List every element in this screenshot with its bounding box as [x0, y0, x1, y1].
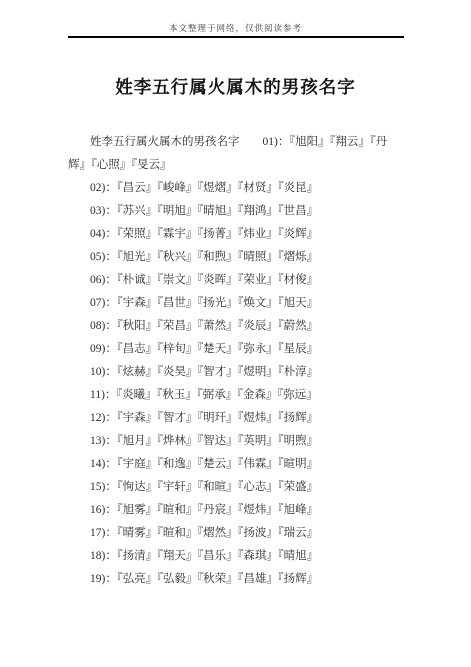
name-list-row-03: 03)：『苏兴』『明旭』『晴旭』『翔鸿』『世昌』	[68, 200, 408, 223]
name-list-row-02: 02)：『昌云』『峻峰』『煜熠』『材贤』『炎昆』	[68, 177, 408, 200]
name-list-row-10: 10)：『炫赫』『炎昊』『智才』『煜明』『朴淳』	[68, 361, 408, 384]
document-page: 本文整理于网络，仅供阅读参考 姓李五行属火属木的男孩名字 姓李五行属火属木的男孩…	[0, 0, 471, 667]
intro-paragraph-line-1: 姓李五行属火属木的男孩名字 01)：『旭阳』『翔云』『丹	[68, 131, 408, 154]
name-list-row-18: 18)：『扬清』『翔天』『昌乐』『森琪』『晴旭』	[68, 545, 408, 568]
intro-paragraph-line-2: 辉』『心照』『旻云』	[68, 154, 408, 177]
name-list-row-11: 11)：『炎曦』『秋玉』『弼承』『金森』『弥远』	[68, 384, 408, 407]
name-list-row-04: 04)：『荣照』『霖宇』『扬菁』『炜业』『炎辉』	[68, 223, 408, 246]
name-list-row-07: 07)：『宇森』『昌世』『扬光』『焕文』『旭天』	[68, 292, 408, 315]
name-list-row-06: 06)：『朴诚』『崇文』『炎晖』『荣业』『材俊』	[68, 269, 408, 292]
page-title: 姓李五行属火属木的男孩名字	[0, 74, 471, 99]
name-list-row-17: 17)：『晴雾』『暄和』『熠然』『扬波』『瑞云』	[68, 522, 408, 545]
name-list-content: 姓李五行属火属木的男孩名字 01)：『旭阳』『翔云』『丹 辉』『心照』『旻云』 …	[68, 131, 408, 591]
name-list-row-12: 12)：『宇森』『智才』『明玕』『煜炜』『扬辉』	[68, 407, 408, 430]
name-list-row-15: 15)：『恂达』『宇轩』『和暄』『心志』『荣盛』	[68, 476, 408, 499]
name-list-row-14: 14)：『宇庭』『和逸』『楚云』『伟霖』『暄明』	[68, 453, 408, 476]
name-list-row-05: 05)：『旭光』『秋兴』『和煦』『晴照』『熠烁』	[68, 246, 408, 269]
name-list-row-19: 19)：『弘亮』『弘毅』『秋荣』『昌雄』『扬辉』	[68, 568, 408, 591]
name-list-row-09: 09)：『昌志』『梓旬』『楚天』『弥永』『星辰』	[68, 338, 408, 361]
name-list-row-16: 16)：『旭雾』『暄和』『丹宸』『煜炜』『旭峰』	[68, 499, 408, 522]
header-note: 本文整理于网络，仅供阅读参考	[0, 22, 471, 34]
name-list-row-08: 08)：『秋阳』『荣昌』『萧然』『炎辰』『蔚然』	[68, 315, 408, 338]
header-divider	[68, 36, 404, 38]
name-list-row-13: 13)：『旭月』『烨林』『智达』『英明』『明煦』	[68, 430, 408, 453]
